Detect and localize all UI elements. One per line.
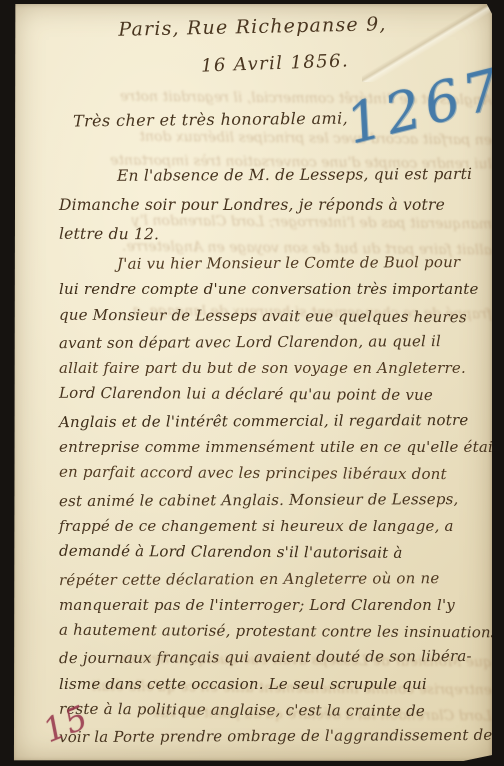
letter-line: lettre du 12. [59, 219, 480, 252]
letter-line: manquerait pas de l'interroger; Lord Cla… [59, 592, 480, 618]
letter-line: demandé à Lord Clarendon s'il l'autorisa… [59, 538, 480, 567]
letter-page: Anglais et de l'intérêt commercial, il r… [13, 4, 492, 761]
letter-line: avant son départ avec Lord Clarendon, au… [59, 328, 480, 357]
letter-line: J'ai vu hier Monsieur le Comte de Buol p… [59, 249, 480, 278]
letter-address: Paris, Rue Richepanse 9, [13, 11, 492, 43]
letter-line: lui rendre compte d'une conversation trè… [59, 276, 480, 302]
letter-line: a hautement autorisé, protestant contre … [59, 617, 480, 646]
letter-line: allait faire part du but de son voyage e… [59, 355, 480, 381]
letter-body: En l'absence de M. de Lesseps, qui est p… [59, 160, 480, 750]
letter-line: Lord Clarendon lui a déclaré qu'au point… [59, 380, 480, 409]
letter-line: lisme dans cette occasion. Le seul scrup… [59, 671, 480, 697]
letter-salutation: Très cher et très honorable ami, [73, 109, 348, 131]
photo-background: Anglais et de l'intérêt commercial, il r… [0, 0, 504, 766]
letter-line: entreprise comme immensément utile en ce… [59, 434, 480, 460]
letter-line: Anglais et de l'intérêt commercial, il r… [59, 407, 480, 436]
letter-line: répéter cette déclaration en Angleterre … [59, 564, 480, 593]
archival-number-blue: 1267 [340, 56, 504, 157]
letter-line: en parfait accord avec les principes lib… [59, 459, 480, 488]
letter-date: 16 Avril 1856. [201, 50, 350, 76]
letter-line: que Monsieur de Lesseps avait eue quelqu… [59, 301, 480, 330]
letter-line: En l'absence de M. de Lesseps, qui est p… [59, 159, 480, 191]
letter-line: est animé le cabinet Anglais. Monsieur d… [59, 486, 480, 515]
letter-line: de journaux français qui avaient douté d… [59, 643, 480, 672]
letter-line: frappé de ce changement si heureux de la… [59, 513, 480, 539]
letter-line: Dimanche soir pour Londres, je réponds à… [59, 190, 480, 220]
letter-line: reste à la politique anglaise, c'est la … [59, 696, 480, 725]
letter-line: voir la Porte prendre ombrage de l'aggra… [59, 722, 480, 751]
